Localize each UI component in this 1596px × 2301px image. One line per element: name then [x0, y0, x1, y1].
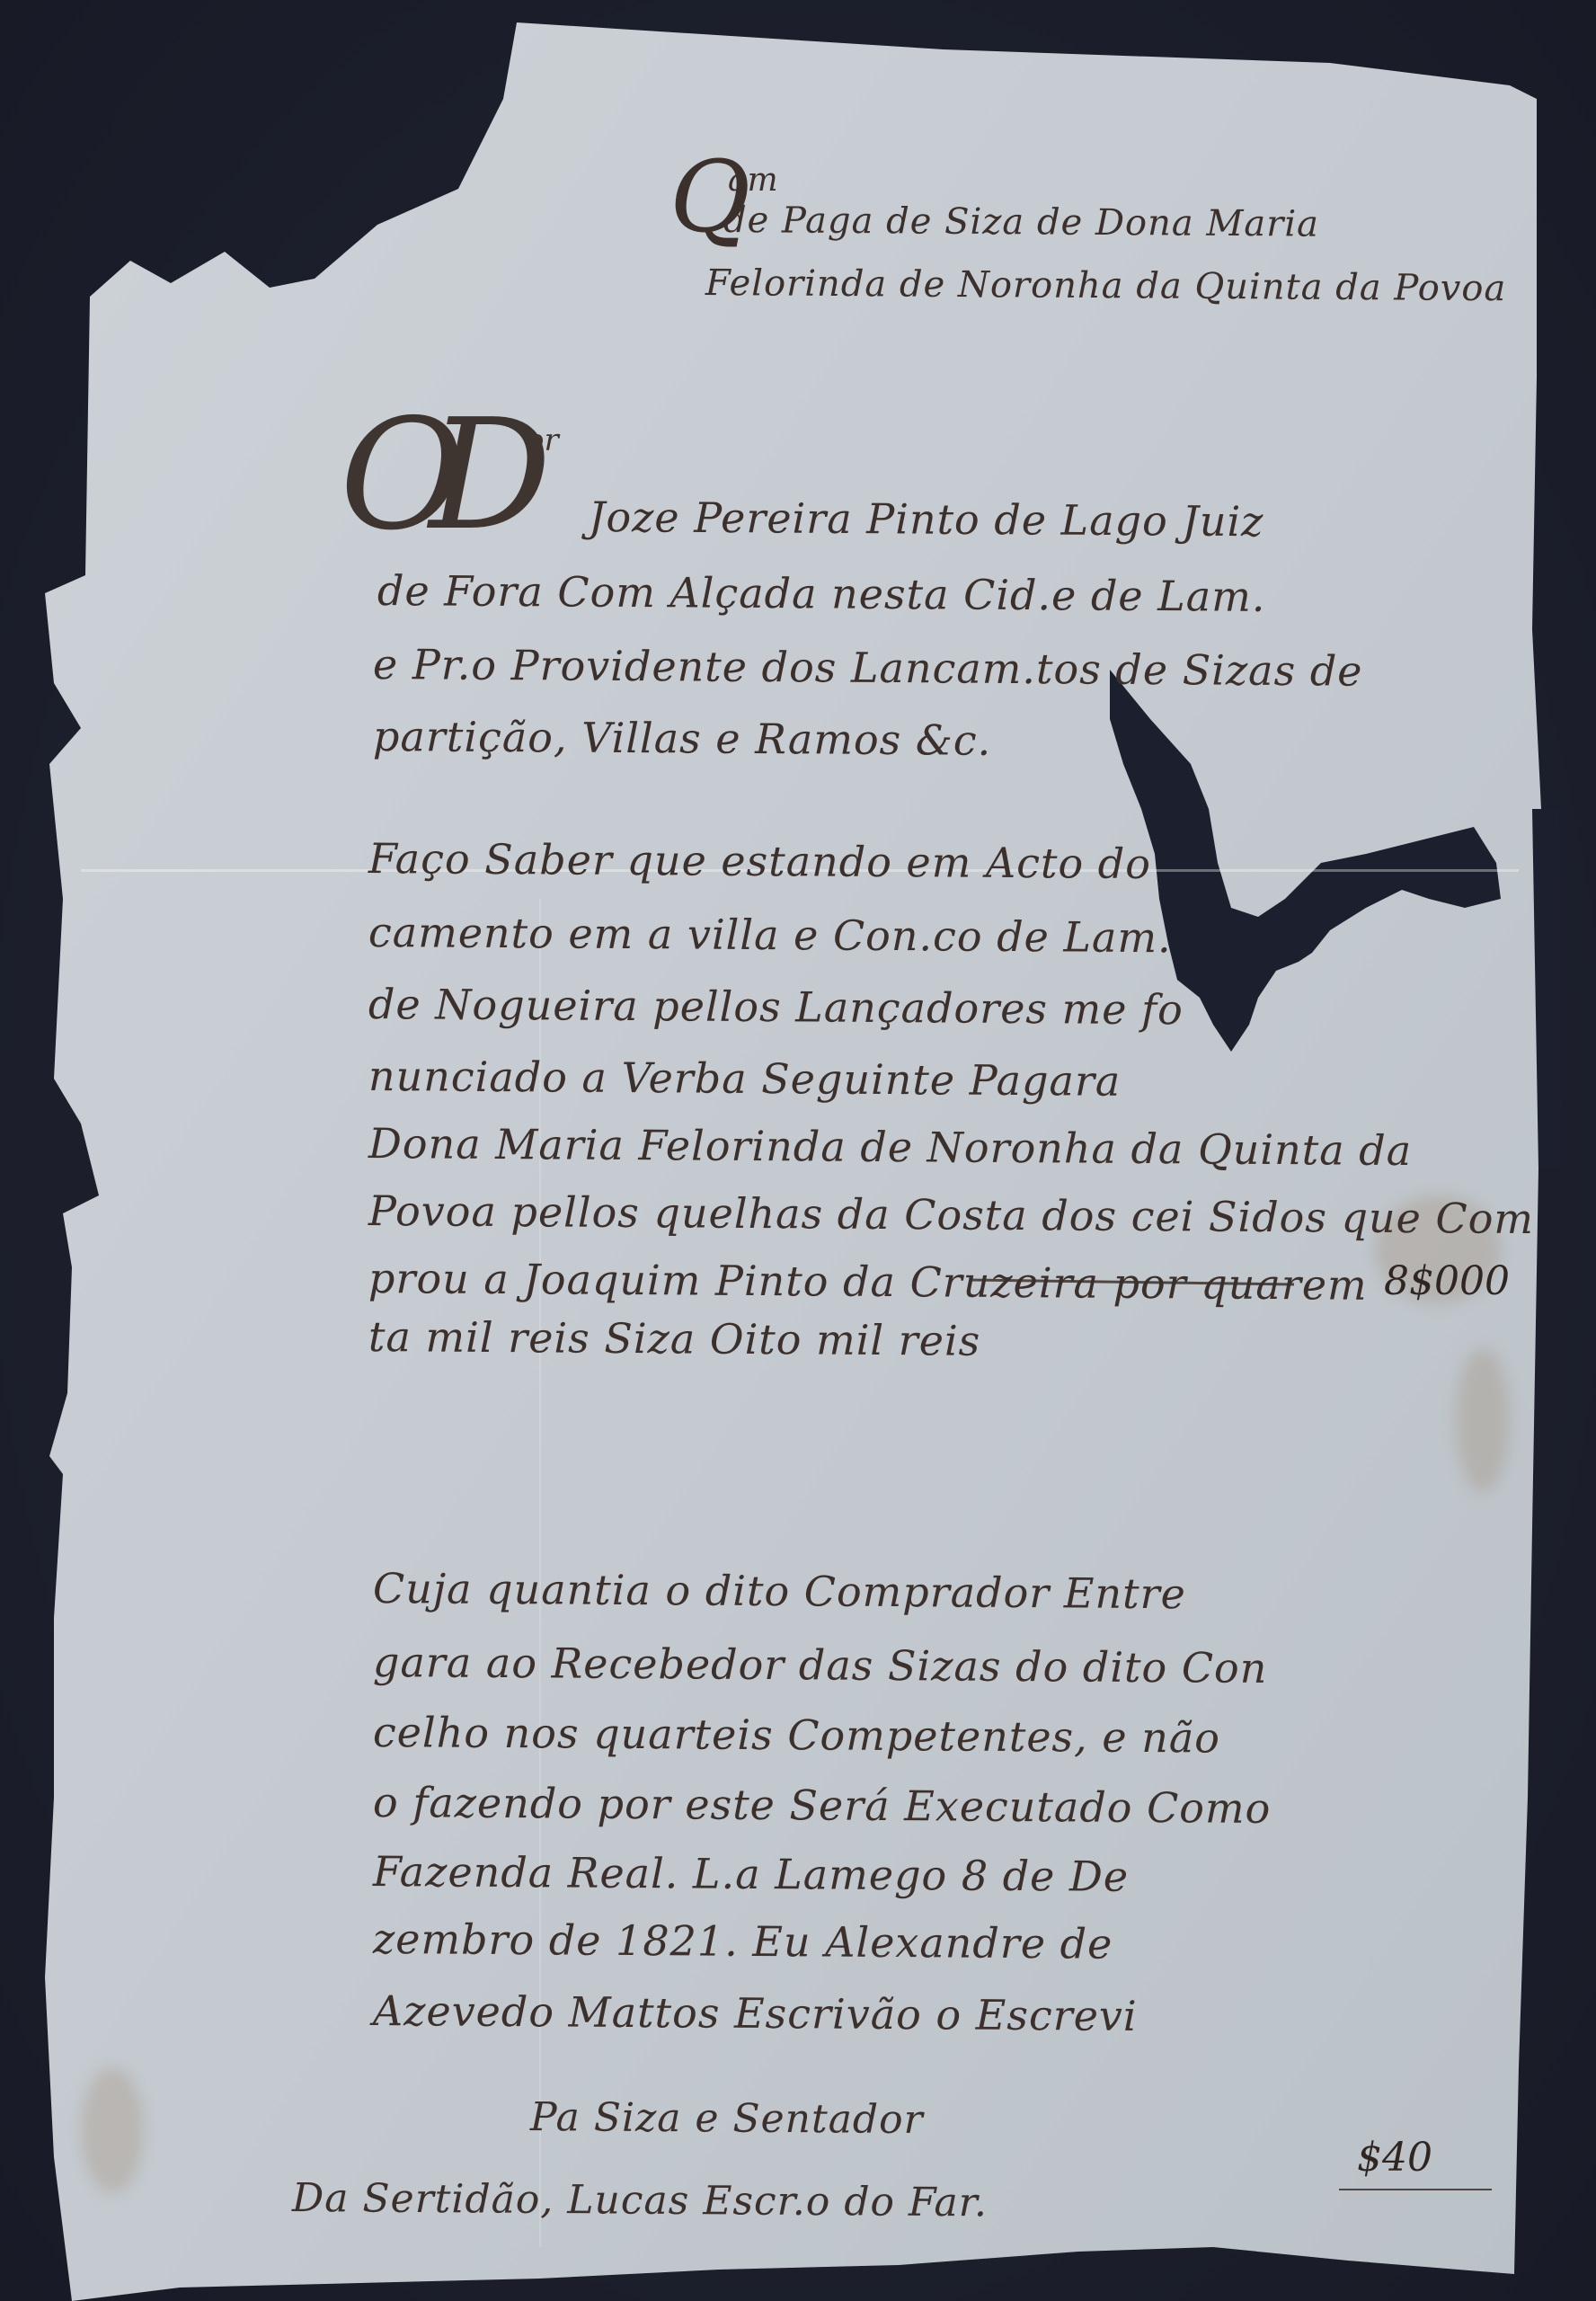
closing-line-7: Azevedo Mattos Escrivão o Escrevi — [373, 1986, 1138, 2040]
body-line-2: camento em a villa e Con.co de Lam. — [368, 908, 1172, 962]
closing-line-5: Fazenda Real. L.a Lamego 8 de De — [373, 1847, 1129, 1901]
closing-line-2: gara ao Recebedor das Sizas do dito Con — [373, 1638, 1268, 1692]
salutation-superscript: or — [526, 422, 559, 458]
signature-fee: $40 — [1357, 2135, 1432, 2181]
address-line-1: Joze Pereira Pinto de Lago Juiz — [589, 493, 1264, 546]
body-line-3: de Nogueira pellos Lançadores me fo — [368, 980, 1184, 1034]
address-line-3: e Pr.o Providente dos Lancam.tos de Siza… — [373, 640, 1363, 696]
amount-main: 8$000 — [1384, 1258, 1510, 1304]
body-line-8: ta mil reis Siza Oito mil reis — [368, 1312, 981, 1365]
closing-line-6: zembro de 1821. Eu Alexandre de — [373, 1915, 1113, 1968]
body-line-4: nunciado a Verba Seguinte Pagara — [368, 1052, 1122, 1106]
salutation-monogram: OD — [340, 386, 516, 564]
address-line-2: de Fora Com Alçada nesta Cid.e de Lam. — [377, 566, 1266, 621]
address-line-4: partição, Villas e Ramos &c. — [373, 712, 992, 765]
body-line-1: Faço Saber que estando em Acto do — [368, 834, 1151, 888]
fee-underline — [1339, 2189, 1492, 2190]
body-line-6: Povoa pellos quelhas da Costa dos cei Si… — [368, 1186, 1534, 1243]
closing-line-4: o fazendo por este Será Executado Como — [373, 1778, 1272, 1833]
signature-line-1: Pa Siza e Sentador — [530, 2094, 924, 2143]
closing-line-3: celho nos quarteis Competentes, e não — [373, 1708, 1220, 1763]
header-line-2: Felorinda de Noronha da Quinta da Povoa — [705, 262, 1507, 309]
signature-line-2: Da Sertidão, Lucas Escr.o do Far. — [292, 2175, 988, 2225]
header-line-1: de Paga de Siza de Dona Maria — [723, 200, 1319, 245]
body-line-5: Dona Maria Felorinda de Noronha da Quint… — [368, 1119, 1413, 1175]
manuscript-text: Q am de Paga de Siza de Dona Maria Felor… — [0, 0, 1596, 2301]
closing-line-1: Cuja quantia o dito Comprador Entre — [373, 1564, 1186, 1618]
header-superscript: am — [728, 162, 778, 199]
